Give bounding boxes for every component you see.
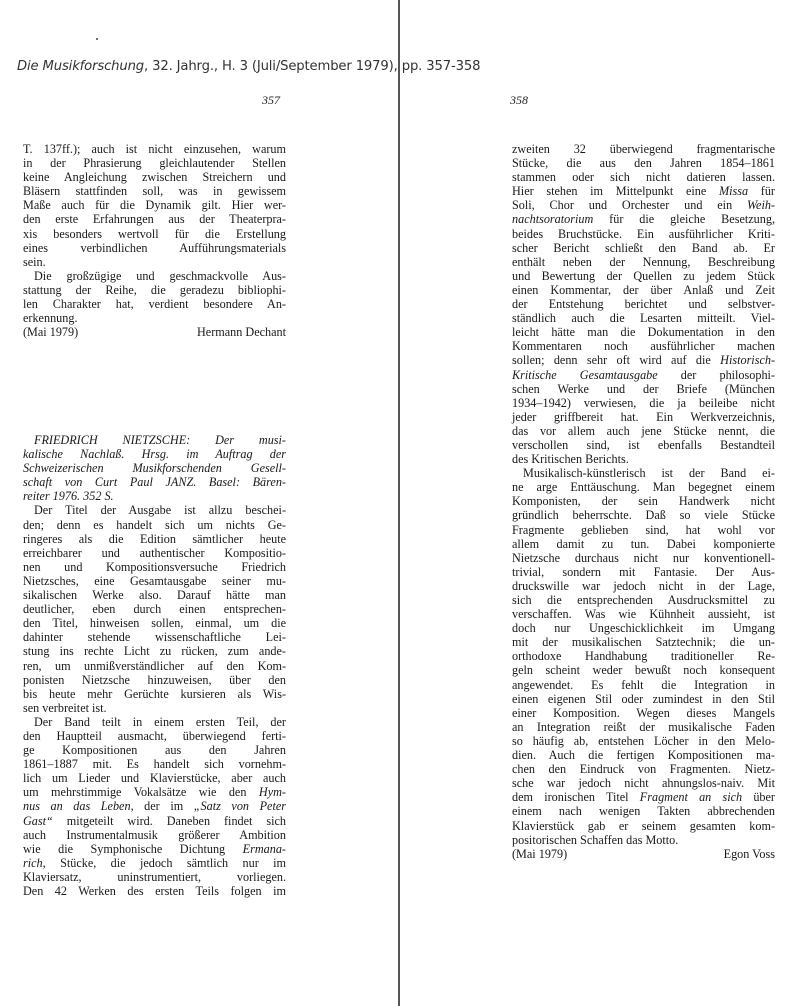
text-segment: Soli, Chor und Orchester und ein (512, 198, 747, 212)
page-number-left: 357 (262, 93, 280, 108)
work-title-historisch: Historisch- (720, 353, 775, 367)
text-line: Maße auch für die Dynamik gilt. Hier wer… (23, 198, 286, 212)
text-line: geln scheint weder bewußt noch konsequen… (512, 663, 775, 677)
work-title-gast: Gast“ (23, 814, 53, 828)
text-line: Gast“ mitgeteilt wird. Daneben findet si… (23, 814, 286, 828)
text-line: einen Kommentar, der über Anlaß und Zeit (512, 283, 775, 297)
text-line: Der Titel der Ausgabe ist allzu beschei- (23, 503, 286, 517)
text-line: stattung der Reihe, die geradezu bibliop… (23, 283, 286, 297)
text-line: sikalischen Werke also. Darauf hätte man (23, 588, 286, 602)
review1-paragraph: T. 137ff.); auch ist nicht einzusehen, w… (23, 142, 286, 269)
text-line: ren, um unmißverständlicher auf den Kom- (23, 659, 286, 673)
text-line: einen eigenen Stil oder zumindest in den… (512, 692, 775, 706)
text-segment: dem ironischen Titel (512, 790, 640, 804)
text-line: der Entstehung berichtet und selbstver- (512, 297, 775, 311)
text-line: um mehrstimmige Vokalsätze wie den Hym- (23, 785, 286, 799)
review1-signature: (Mai 1979) Hermann Dechant (23, 325, 286, 339)
text-line: einem nach wenigen Takten abbrechenden (512, 804, 775, 818)
right-paragraph-2: Musikalisch-künstlerisch ist der Band ei… (512, 466, 775, 847)
text-line: Schweizerischen Musikforschenden Gesell- (23, 461, 286, 475)
text-line: enthält neben der Nennung, Beschreibung (512, 255, 775, 269)
text-line: Kommentaren noch ausführlicher machen (512, 339, 775, 353)
text-line: in der Phrasierung gleichlautender Stell… (23, 156, 286, 170)
review-author: Egon Voss (724, 847, 775, 861)
text-line: ge Kompositionen aus den Jahren (23, 743, 286, 757)
text-line: gründlich beherrschte. Daß so viele Stüc… (512, 508, 775, 522)
text-segment: wie die Symphonische Dichtung (23, 842, 243, 856)
text-line: den Titel, hinweisen sollen, einmal, um … (23, 616, 286, 630)
text-segment: , Stücke, die jedoch sämtlich nur im (43, 856, 286, 870)
text-line: wie die Symphonische Dichtung Ermana- (23, 842, 286, 856)
text-line: Den 42 Werken des ersten Teils folgen im (23, 884, 286, 898)
text-line: T. 137ff.); auch ist nicht einzusehen, w… (23, 142, 286, 156)
text-line: ne arge Enttäuschung. Man begegnet einem (512, 480, 775, 494)
text-line: deutlicher, eben durch einen entsprechen… (23, 602, 286, 616)
text-line: schen Werke und der Briefe (München (512, 382, 775, 396)
text-line: Nietzsche durchaus nicht nur konventione… (512, 551, 775, 565)
text-line: nen und Kompositionsversuche Friedrich (23, 560, 286, 574)
text-line: reiter 1976. 352 S. (23, 489, 286, 503)
text-line: Hier stehen im Mittelpunkt eine Missa fü… (512, 184, 775, 198)
text-line: und Bewertung der Quellen zu jedem Stück (512, 269, 775, 283)
text-line: zweiten 32 überwiegend fragmentarische (512, 142, 775, 156)
work-title-ermanarich: Ermana- (243, 842, 286, 856)
review-date: (Mai 1979) (23, 325, 78, 339)
text-line: Musikalisch-künstlerisch ist der Band ei… (512, 466, 775, 480)
text-line: allem damit zu tun. Dabei komponierte (512, 537, 775, 551)
work-title-weihnachtsoratorium: Weih- (747, 198, 775, 212)
text-segment: für die gleiche Besetzung, (593, 212, 775, 226)
text-line: verschollen sind, ist ebenfalls Bestandt… (512, 438, 775, 452)
review-date: (Mai 1979) (512, 847, 567, 861)
text-line: dien. Auch die fertigen Kompositionen ma… (512, 748, 775, 762)
journal-title: Die Musikforschung (17, 59, 144, 74)
text-line: Kritische Gesamtausgabe der philosophi- (512, 368, 775, 382)
text-line: rich, Stücke, die jedoch sämtlich nur im (23, 856, 286, 870)
text-line: Nietzsches, eine Gesamtausgabe seiner mu… (23, 574, 286, 588)
text-line: eines verbindlichen Aufführungsmaterials (23, 241, 286, 255)
page-number-right: 358 (510, 93, 528, 108)
text-line: nachtsoratorium für die gleiche Besetzun… (512, 212, 775, 226)
text-line: jeder griffbereit hat. Ein Werkverzeichn… (512, 410, 775, 424)
review2-paragraph-1: Der Titel der Ausgabe ist allzu beschei-… (23, 503, 286, 714)
text-line: verschaffen. Was wie Kühnheit aussieht, … (512, 607, 775, 621)
citation-details: , 32. Jahrg., H. 3 (Juli/September 1979)… (144, 59, 480, 74)
text-line: druckswille war jedoch nicht in der Lage… (512, 579, 775, 593)
text-line: Klavierstück gab er seinem gesamten kom- (512, 819, 775, 833)
text-line: doch nur Ungeschicklichkeit im Umgang (512, 621, 775, 635)
text-line: Stücke, die aus den Jahren 1854–1861 (512, 156, 775, 170)
page-divider (398, 0, 400, 1006)
text-line: den Hauptteil ausmacht, überwiegend fert… (23, 729, 286, 743)
text-line: orthodoxe Handhabung traditioneller Re- (512, 649, 775, 663)
text-line: sen verbreitet ist. (23, 701, 286, 715)
text-line: len Charakter hat, verdient besondere An… (23, 297, 286, 311)
left-column-nietzsche-review: FRIEDRICH NIETZSCHE: Der musi- kalische … (23, 433, 286, 898)
text-line: ponisten Nietzsche hinzuweisen, über den (23, 673, 286, 687)
text-line: lich um Lieder und Klavierstücke, aber a… (23, 771, 286, 785)
text-line: auch Instrumentalmusik größerer Ambition (23, 828, 286, 842)
text-segment: Hier stehen im Mittelpunkt eine (512, 184, 719, 198)
text-line: beides Bruchstücke. Ein ausführlicher Kr… (512, 227, 775, 241)
text-segment: der philosophi- (658, 368, 775, 382)
scan-speck (96, 38, 98, 40)
text-line: einer Komposition. Wegen dieses Mangels (512, 706, 775, 720)
text-line: scher Bericht schließt den Band ab. Er (512, 241, 775, 255)
text-line: chen den Eindruck von Fragmenten. Nietz- (512, 762, 775, 776)
review2-signature: (Mai 1979) Egon Voss (512, 847, 775, 861)
text-line: sich die entsprechenden Ausdrucksmittel … (512, 593, 775, 607)
text-line: stammen oder sich nicht datieren lassen. (512, 170, 775, 184)
work-title-missa: Missa (719, 184, 748, 198)
work-title-fragment-an-sich: Fragment an sich (640, 790, 742, 804)
text-segment: sollen; denn sehr oft wird auf die (512, 353, 720, 367)
text-line: an Integration reißt der musikalische Fa… (512, 720, 775, 734)
right-paragraph-1: zweiten 32 überwiegend fragmentarische S… (512, 142, 775, 466)
text-line: nus an das Leben, der im „Satz von Peter (23, 799, 286, 813)
text-line: des Kritischen Berichts. (512, 452, 775, 466)
review2-paragraph-2: Der Band teilt in einem ersten Teil, der… (23, 715, 286, 898)
text-line: trivial, sondern mit Fantasie. Der Aus- (512, 565, 775, 579)
text-line: ringeres als die Edition sämtlicher heut… (23, 532, 286, 546)
text-line: Komponisten, der sein Handwerk nicht (512, 494, 775, 508)
review2-bibliographic-heading: FRIEDRICH NIETZSCHE: Der musi- kalische … (23, 433, 286, 503)
text-line: erreichbarer und authentischer Kompositi… (23, 546, 286, 560)
text-line: kalische Nachlaß. Hrsg. im Auftrag der (23, 447, 286, 461)
text-segment: um mehrstimmige Vokalsätze wie den (23, 785, 259, 799)
text-line: den erste Erfahrungen aus der Theaterpra… (23, 212, 286, 226)
text-line: sein. (23, 255, 286, 269)
text-line: so häufig ab, entstehen Löcher in den Me… (512, 734, 775, 748)
work-title-hymnus: Hym- (259, 785, 286, 799)
text-line: leicht hätte man die Dokumentation in de… (512, 325, 775, 339)
text-line: angewendet. Es fehlt die Integration in (512, 678, 775, 692)
work-title-hymnus-cont: nus an das Leben (23, 799, 131, 813)
work-title-weihnachtsoratorium-cont: nachtsoratorium (512, 212, 593, 226)
text-segment: für (748, 184, 775, 198)
work-title-ermanarich-cont: rich (23, 856, 43, 870)
text-line: 1861–1887 mit. Es handelt sich vornehm- (23, 757, 286, 771)
text-line: Die großzügige und geschmackvolle Aus- (23, 269, 286, 283)
text-line: Der Band teilt in einem ersten Teil, der (23, 715, 286, 729)
text-line: bis heute mehr Gerüchte kursieren als Wi… (23, 687, 286, 701)
text-line: Klaviersatz, uninstrumentiert, vorliegen… (23, 870, 286, 884)
text-line: schaft von Curt Paul JANZ. Basel: Bären- (23, 475, 286, 489)
text-line: stung ins rechte Licht zu rücken, zum an… (23, 644, 286, 658)
text-line: Bläsern stattfinden soll, was in gewisse… (23, 184, 286, 198)
text-line: den; denn es handelt sich um nichts Ge- (23, 518, 286, 532)
text-line: erkennung. (23, 311, 286, 325)
left-column-review-end: T. 137ff.); auch ist nicht einzusehen, w… (23, 142, 286, 339)
text-segment: mitgeteilt wird. Daneben findet sich (53, 814, 286, 828)
text-line: mit der musikalischen Satztechnik; die u… (512, 635, 775, 649)
journal-citation: Die Musikforschung, 32. Jahrg., H. 3 (Ju… (17, 59, 480, 74)
text-line: ständlich auch die Lesarten mitteilt. Vi… (512, 311, 775, 325)
text-line: sollen; denn sehr oft wird auf die Histo… (512, 353, 775, 367)
text-line: FRIEDRICH NIETZSCHE: Der musi- (23, 433, 286, 447)
text-line: das vor allem auch jene Stücke nennt, di… (512, 424, 775, 438)
work-title-kritische-gesamtausgabe: Kritische Gesamtausgabe (512, 368, 658, 382)
right-column-nietzsche-review-cont: zweiten 32 überwiegend fragmentarische S… (512, 142, 775, 861)
text-line: positorischen Schaffen das Motto. (512, 833, 775, 847)
text-segment: , der im (131, 799, 194, 813)
review1-paragraph-2: Die großzügige und geschmackvolle Aus- s… (23, 269, 286, 325)
work-title-satz: „Satz von Peter (194, 799, 286, 813)
text-line: Soli, Chor und Orchester und ein Weih- (512, 198, 775, 212)
text-line: dahinter stehende wissenschaftliche Lei- (23, 630, 286, 644)
text-line: Fragmente geblieben sind, hat wohl vor (512, 523, 775, 537)
text-line: 1934–1942) verwiesen, die ja beileibe ni… (512, 396, 775, 410)
text-line: keine Angleichung zwischen Streichern un… (23, 170, 286, 184)
text-line: dem ironischen Titel Fragment an sich üb… (512, 790, 775, 804)
review-author: Hermann Dechant (197, 325, 286, 339)
text-line: sche war jedoch nicht ahnungslos-naiv. M… (512, 776, 775, 790)
text-segment: über (742, 790, 775, 804)
text-line: xis besonders wertvoll für die Erstellun… (23, 227, 286, 241)
